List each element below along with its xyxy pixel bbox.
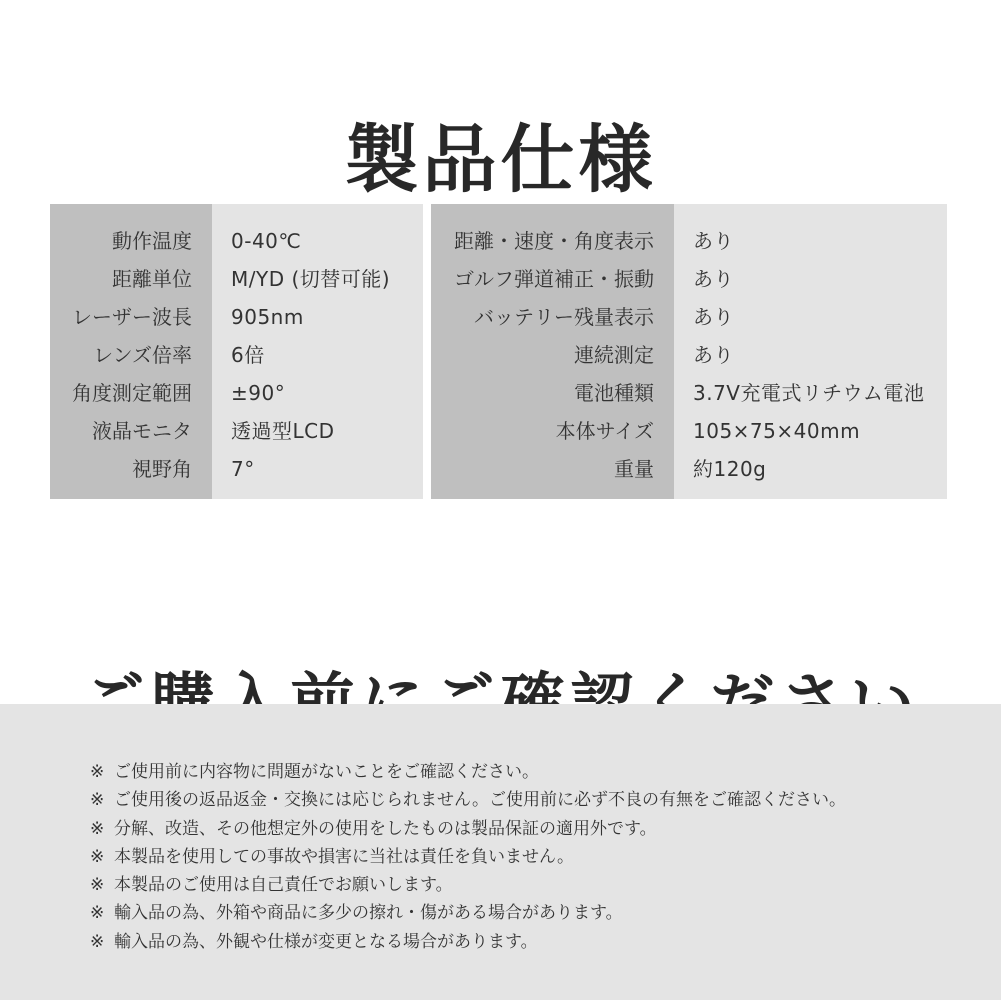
spec-value: M/YD (切替可能) (212, 260, 423, 298)
notice-item: ※本製品を使用しての事故や損害に当社は責任を負いません。 (90, 843, 846, 871)
spec-value: あり (674, 336, 947, 374)
reference-mark-icon: ※ (90, 928, 114, 956)
reference-mark-icon: ※ (90, 899, 114, 927)
spec-label: 角度測定範囲 (50, 374, 212, 412)
spec-value: 0-40℃ (212, 222, 423, 260)
notice-list: ※ご使用前に内容物に問題がないことをご確認ください。 ※ご使用後の返品返金・交換… (90, 758, 846, 956)
spec-labels-column: 距離・速度・角度表示 ゴルフ弾道補正・振動 バッテリー残量表示 連続測定 電池種… (431, 204, 674, 499)
notice-text: ご使用前に内容物に問題がないことをご確認ください。 (114, 762, 539, 782)
spec-value: 6倍 (212, 336, 423, 374)
notice-item: ※輸入品の為、外箱や商品に多少の擦れ・傷がある場合があります。 (90, 899, 846, 927)
spec-value: ±90° (212, 374, 423, 412)
reference-mark-icon: ※ (90, 786, 114, 814)
spec-label: 電池種類 (431, 374, 674, 412)
notice-item: ※分解、改造、その他想定外の使用をしたものは製品保証の適用外です。 (90, 815, 846, 843)
spec-table-right: 距離・速度・角度表示 ゴルフ弾道補正・振動 バッテリー残量表示 連続測定 電池種… (431, 204, 947, 499)
spec-values-column: あり あり あり あり 3.7V充電式リチウム電池 105×75×40mm 約1… (674, 204, 947, 499)
page-title: 製品仕様 (0, 112, 1001, 208)
spec-value: あり (674, 222, 947, 260)
spec-label: 本体サイズ (431, 412, 674, 450)
reference-mark-icon: ※ (90, 871, 114, 899)
spec-labels-column: 動作温度 距離単位 レーザー波長 レンズ倍率 角度測定範囲 液晶モニタ 視野角 (50, 204, 212, 499)
spec-label: 距離・速度・角度表示 (431, 222, 674, 260)
spec-value: 約120g (674, 450, 947, 488)
reference-mark-icon: ※ (90, 843, 114, 871)
spec-table-left: 動作温度 距離単位 レーザー波長 レンズ倍率 角度測定範囲 液晶モニタ 視野角 … (50, 204, 423, 499)
spec-label: レンズ倍率 (50, 336, 212, 374)
notice-text: 本製品のご使用は自己責任でお願いします。 (114, 875, 453, 895)
spec-value: 905nm (212, 298, 423, 336)
notice-text: ご使用後の返品返金・交換には応じられません。ご使用前に必ず不良の有無をご確認くだ… (114, 790, 846, 810)
notice-text: 分解、改造、その他想定外の使用をしたものは製品保証の適用外です。 (114, 819, 657, 839)
spec-label: 距離単位 (50, 260, 212, 298)
spec-value: 透過型LCD (212, 412, 423, 450)
spec-values-column: 0-40℃ M/YD (切替可能) 905nm 6倍 ±90° 透過型LCD 7… (212, 204, 423, 499)
notice-item: ※輸入品の為、外観や仕様が変更となる場合があります。 (90, 928, 846, 956)
spec-value: 3.7V充電式リチウム電池 (674, 374, 947, 412)
notice-text: 輸入品の為、外観や仕様が変更となる場合があります。 (114, 932, 538, 952)
spec-value: あり (674, 260, 947, 298)
spec-label: レーザー波長 (50, 298, 212, 336)
notice-box: ※ご使用前に内容物に問題がないことをご確認ください。 ※ご使用後の返品返金・交換… (0, 704, 1001, 1000)
notice-item: ※ご使用前に内容物に問題がないことをご確認ください。 (90, 758, 846, 786)
spec-value: 105×75×40mm (674, 412, 947, 450)
spec-label: 連続測定 (431, 336, 674, 374)
notice-item: ※ご使用後の返品返金・交換には応じられません。ご使用前に必ず不良の有無をご確認く… (90, 786, 846, 814)
notice-item: ※本製品のご使用は自己責任でお願いします。 (90, 871, 846, 899)
notice-text: 輸入品の為、外箱や商品に多少の擦れ・傷がある場合があります。 (114, 903, 623, 923)
reference-mark-icon: ※ (90, 758, 114, 786)
spec-label: バッテリー残量表示 (431, 298, 674, 336)
spec-value: 7° (212, 450, 423, 488)
spec-value: あり (674, 298, 947, 336)
spec-label: 動作温度 (50, 222, 212, 260)
spec-label: 視野角 (50, 450, 212, 488)
spec-label: ゴルフ弾道補正・振動 (431, 260, 674, 298)
notice-text: 本製品を使用しての事故や損害に当社は責任を負いません。 (114, 847, 574, 867)
spec-label: 液晶モニタ (50, 412, 212, 450)
spec-label: 重量 (431, 450, 674, 488)
reference-mark-icon: ※ (90, 815, 114, 843)
